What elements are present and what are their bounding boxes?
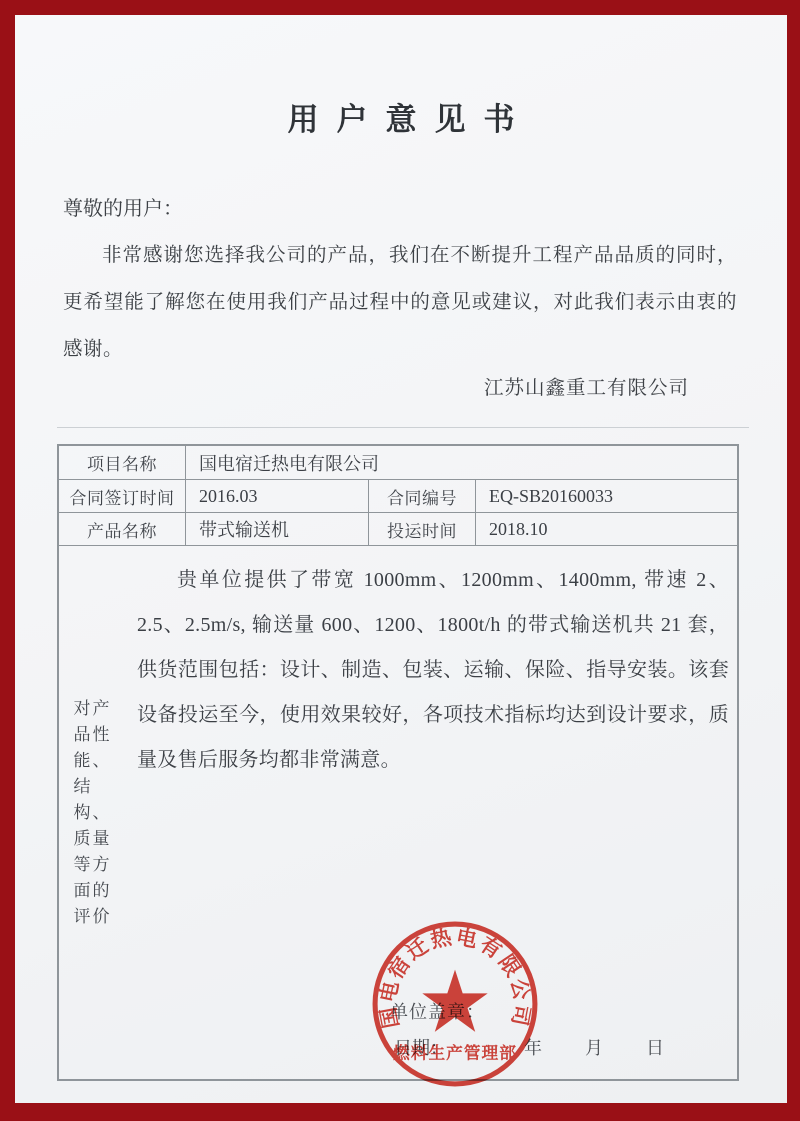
evaluation-side-label-cell: 对产品性能、结构、质量等方面的评价 (59, 546, 126, 1079)
date-label: 日期： (394, 1038, 448, 1058)
date-month-label: 月 (585, 1038, 603, 1058)
contract-date-label: 合同签订时间 (59, 480, 185, 512)
date-year-label: 年 (524, 1038, 542, 1058)
evaluation-side-label: 对产品性能、结构、质量等方面的评价 (74, 696, 112, 930)
project-name-label: 项目名称 (59, 446, 185, 479)
unit-seal-label: 单位盖章： (390, 998, 485, 1024)
contract-no-value: EQ-SB20160033 (475, 480, 737, 512)
contract-no-label: 合同编号 (368, 480, 475, 512)
document-paper: 用户意见书 尊敬的用户： 非常感谢您选择我公司的产品，我们在不断提升工程产品品质… (15, 15, 787, 1103)
project-name-value: 国电宿迁热电有限公司 (185, 446, 737, 479)
table-row-project: 项目名称 国电宿迁热电有限公司 (59, 446, 737, 479)
document-title: 用户意见书 (57, 95, 745, 145)
date-day-label: 日 (646, 1038, 664, 1058)
commission-date-value: 2018.10 (475, 513, 737, 545)
scan-artifact-line (57, 427, 749, 428)
commission-date-label: 投运时间 (368, 513, 475, 545)
product-name-label: 产品名称 (59, 513, 185, 545)
scanned-document-page: { "colors": { "frame": "#9a1016", "paper… (0, 0, 800, 1121)
contract-date-value: 2016.03 (185, 480, 368, 512)
date-line: 日期：年月日 (394, 1034, 664, 1060)
evaluation-content-cell: 贵单位提供了带宽 1000mm、1200mm、1400mm, 带速 2、2.5、… (126, 546, 737, 1079)
table-row-evaluation: 对产品性能、结构、质量等方面的评价 贵单位提供了带宽 1000mm、1200mm… (59, 545, 737, 1079)
evaluation-text: 贵单位提供了带宽 1000mm、1200mm、1400mm, 带速 2、2.5、… (126, 546, 737, 783)
info-table: 项目名称 国电宿迁热电有限公司 合同签订时间 2016.03 合同编号 EQ-S… (57, 444, 739, 1081)
company-signature: 江苏山鑫重工有限公司 (57, 375, 745, 403)
table-row-product: 产品名称 带式输送机 投运时间 2018.10 (59, 512, 737, 545)
salutation: 尊敬的用户： (63, 195, 745, 223)
letter-body: 非常感谢您选择我公司的产品，我们在不断提升工程产品品质的同时，更希望能了解您在使… (63, 232, 737, 373)
table-row-contract: 合同签订时间 2016.03 合同编号 EQ-SB20160033 (59, 479, 737, 512)
product-name-value: 带式输送机 (185, 513, 368, 545)
